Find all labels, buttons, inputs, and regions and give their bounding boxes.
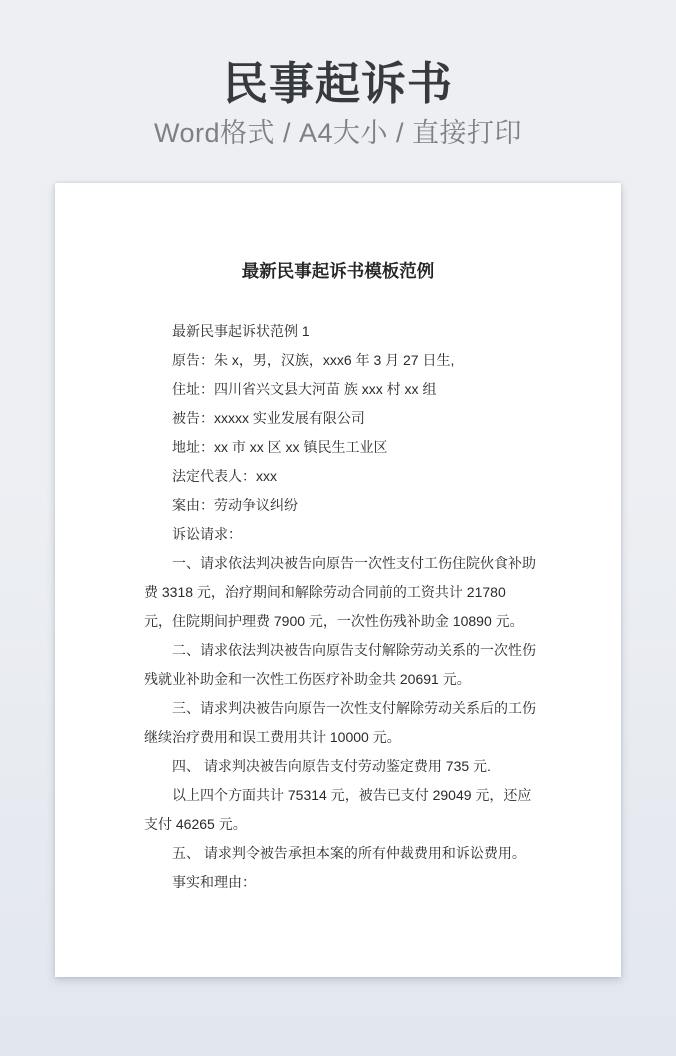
document-body: 最新民事起诉状范例 1原告：朱 x，男，汉族，xxx6 年 3 月 27 日生,… [144, 317, 537, 897]
document-paragraph: 事实和理由： [144, 868, 537, 897]
document-paragraph: 二、请求依法判决被告向原告支付解除劳动关系的一次性伤残就业补助金和一次性工伤医疗… [144, 636, 537, 694]
header: 民事起诉书 Word格式 / A4大小 / 直接打印 [0, 0, 676, 149]
page-subtitle: Word格式 / A4大小 / 直接打印 [0, 117, 676, 149]
document-paragraph: 三、请求判决被告向原告一次性支付解除劳动关系后的工伤继续治疗费用和误工费用共计 … [144, 694, 537, 752]
document-paragraph: 法定代表人：xxx [144, 462, 537, 491]
document-paragraph: 住址：四川省兴文县大河苗 族 xxx 村 xx 组 [144, 375, 537, 404]
document-paragraph: 诉讼请求： [144, 520, 537, 549]
document-paragraph: 以上四个方面共计 75314 元，被告已支付 29049 元，还应支付 4626… [144, 781, 537, 839]
document-paragraph: 案由：劳动争议纠纷 [144, 491, 537, 520]
document-paragraph: 地址：xx 市 xx 区 xx 镇民生工业区 [144, 433, 537, 462]
document-paragraph: 五、 请求判令被告承担本案的所有仲裁费用和诉讼费用。 [144, 839, 537, 868]
document-paragraph: 最新民事起诉状范例 1 [144, 317, 537, 346]
document-title: 最新民事起诉书模板范例 [55, 183, 621, 283]
document-paragraph: 原告：朱 x，男，汉族，xxx6 年 3 月 27 日生, [144, 346, 537, 375]
document-paper: 最新民事起诉书模板范例 最新民事起诉状范例 1原告：朱 x，男，汉族，xxx6 … [55, 183, 621, 977]
page-title: 民事起诉书 [0, 58, 676, 110]
document-paragraph: 一、请求依法判决被告向原告一次性支付工伤住院伙食补助费 3318 元，治疗期间和… [144, 549, 537, 636]
page: 民事起诉书 Word格式 / A4大小 / 直接打印 最新民事起诉书模板范例 最… [0, 0, 676, 1056]
document-paragraph: 被告：xxxxx 实业发展有限公司 [144, 404, 537, 433]
document-paragraph: 四、 请求判决被告向原告支付劳动鉴定费用 735 元. [144, 752, 537, 781]
